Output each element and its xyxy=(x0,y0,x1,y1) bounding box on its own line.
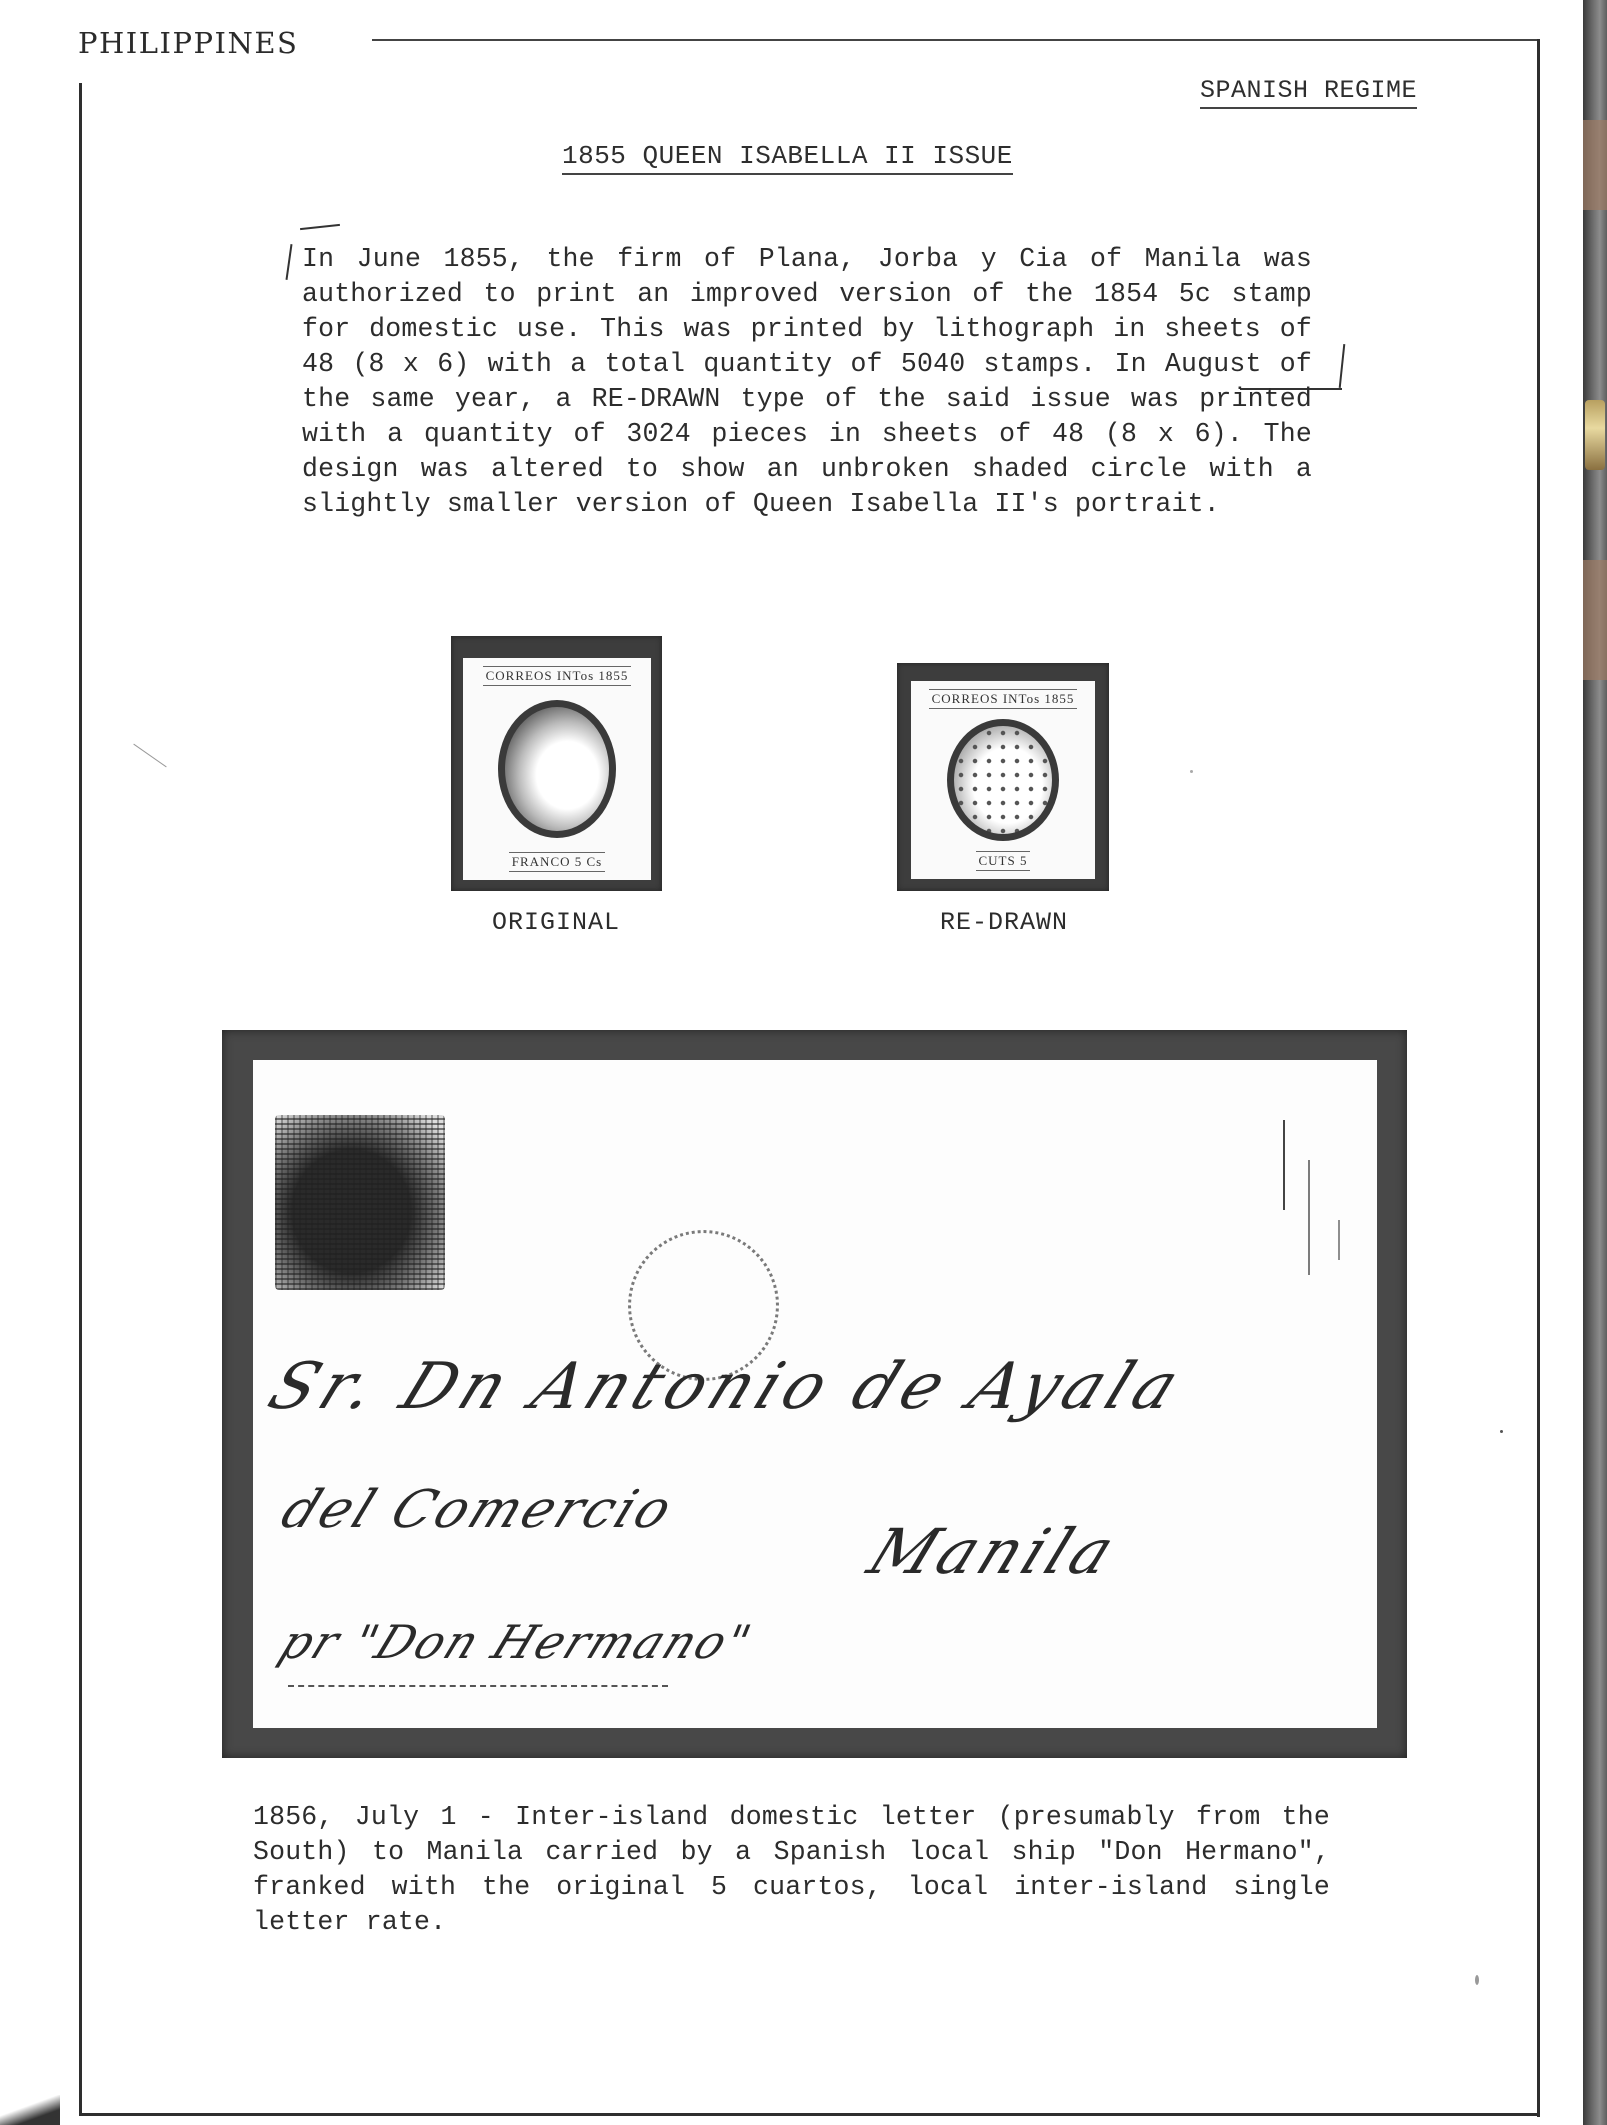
intro-text: In June 1855, the firm of Plana, Jorba y… xyxy=(302,242,1312,522)
scan-speck xyxy=(1500,1430,1503,1433)
page-title: 1855 QUEEN ISABELLA II ISSUE xyxy=(562,141,1013,175)
pencil-mark xyxy=(1338,1220,1340,1260)
page-frame-right xyxy=(1537,39,1540,2117)
pencil-mark xyxy=(1283,1120,1285,1210)
scan-stray-mark xyxy=(133,744,166,768)
scan-speck xyxy=(1190,770,1193,773)
page-frame-left xyxy=(79,83,82,2116)
cover-caption-text: 1856, July 1 - Inter-island domestic let… xyxy=(253,1800,1330,1940)
stamp-bottom-inscription: FRANCO 5 Cs xyxy=(509,852,605,872)
intro-paragraph: In June 1855, the firm of Plana, Jorba y… xyxy=(302,242,1312,522)
pen-mark-top xyxy=(300,224,340,230)
stamp-caption-redrawn: RE-DRAWN xyxy=(940,908,1068,937)
cancelled-stamp xyxy=(275,1115,445,1290)
stamp-bottom-inscription: CUTS 5 xyxy=(976,851,1031,871)
stamp-top-inscription: CORREOS INTos 1855 xyxy=(483,666,632,686)
address-line-city: Manila xyxy=(858,1515,1128,1588)
stamp-redrawn: CORREOS INTos 1855 CUTS 5 xyxy=(897,663,1109,891)
cover-photo: Sr. Dn Antonio de Ayala del Comercio Man… xyxy=(222,1030,1407,1758)
header-rule xyxy=(372,39,1539,41)
handwritten-underline xyxy=(288,1685,668,1687)
binder-edge xyxy=(1583,0,1607,2125)
section-label: SPANISH REGIME xyxy=(1200,76,1417,109)
stamp-top-inscription: CORREOS INTos 1855 xyxy=(929,689,1078,709)
pen-bracket-right xyxy=(1339,344,1346,388)
cover-caption: 1856, July 1 - Inter-island domestic let… xyxy=(253,1800,1330,1940)
stamp-original: CORREOS INTos 1855 FRANCO 5 Cs xyxy=(451,636,662,891)
pencil-mark xyxy=(1308,1160,1310,1275)
address-line-ship: pr "Don Hermano" xyxy=(272,1615,761,1669)
pen-bracket-left xyxy=(286,244,293,280)
queen-portrait-oval xyxy=(498,700,616,838)
page-corner-shadow xyxy=(0,2095,60,2125)
scan-speck xyxy=(1475,1975,1479,1985)
queen-portrait-oval xyxy=(947,719,1059,841)
address-line-addressee: Sr. Dn Antonio de Ayala xyxy=(258,1350,1195,1424)
address-line-occupation: del Comercio xyxy=(273,1480,684,1540)
country-heading: PHILIPPINES xyxy=(78,26,298,60)
stamp-caption-original: ORIGINAL xyxy=(492,908,620,937)
page-frame-bottom xyxy=(79,2113,1540,2116)
envelope: Sr. Dn Antonio de Ayala del Comercio Man… xyxy=(253,1060,1377,1728)
